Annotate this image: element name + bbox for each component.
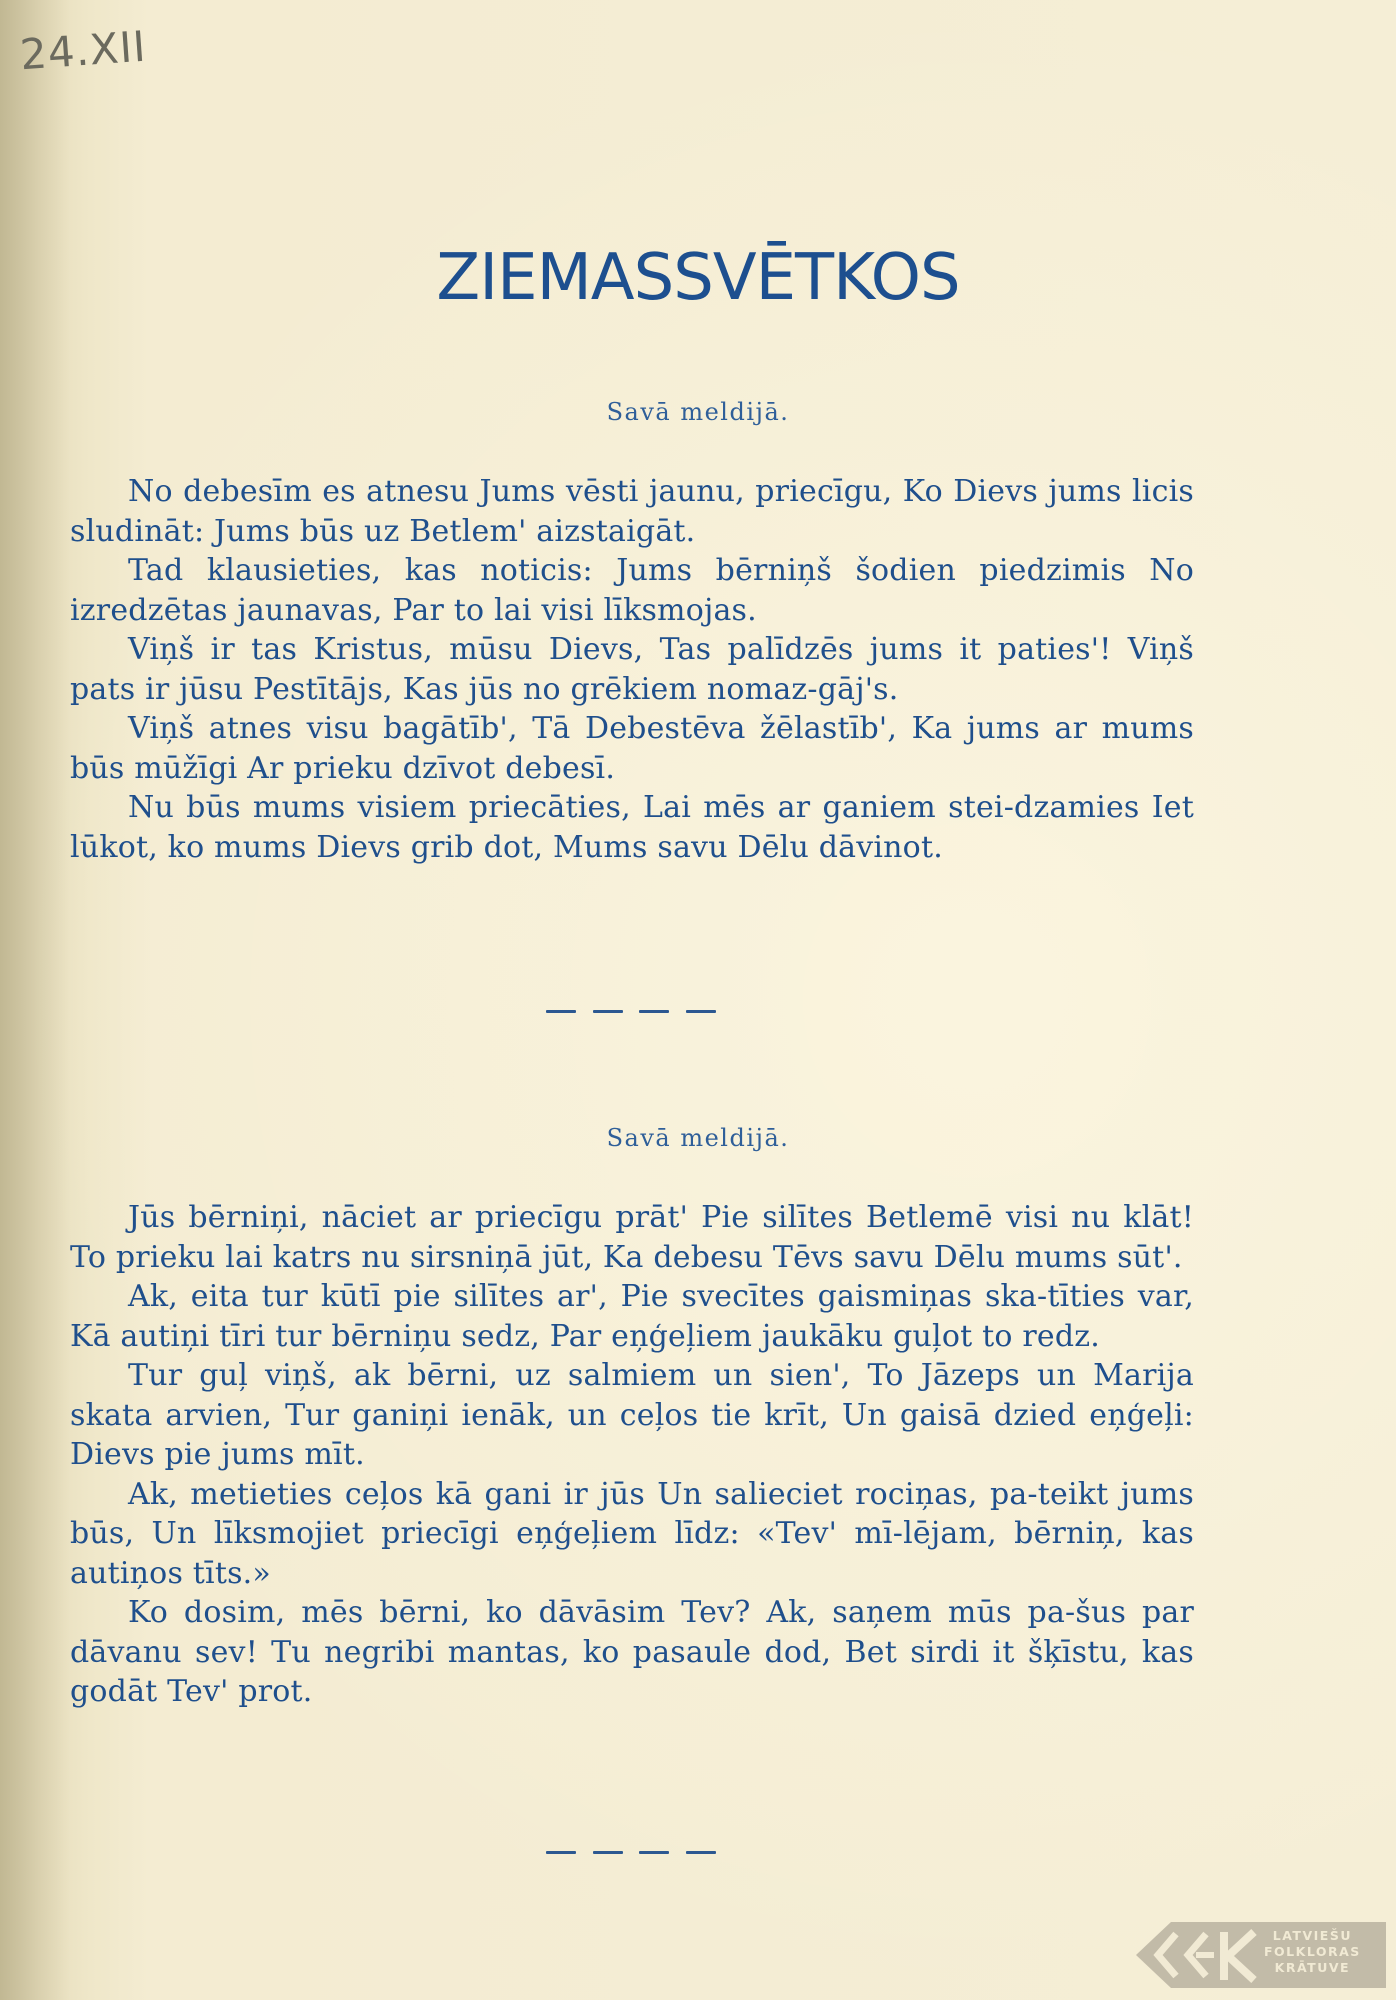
handwritten-date-note: 24.XII — [18, 22, 147, 80]
song-1-text: No debesīm es atnesu Jums vēsti jaunu, p… — [70, 472, 1194, 867]
section-separator — [546, 1010, 716, 1014]
page-title: ZIEMASSVĒTKOS — [0, 241, 1396, 315]
stanza: Tur guļ viņš, ak bērni, uz salmiem un si… — [70, 1356, 1194, 1475]
stanza: Viņš atnes visu bagātīb', Tā Debestēva ž… — [70, 709, 1194, 788]
dash — [593, 1010, 623, 1013]
dash — [639, 1851, 669, 1854]
stanza: Viņš ir tas Kristus, mūsu Dievs, Tas pal… — [70, 630, 1194, 709]
dash — [546, 1010, 576, 1013]
dash — [686, 1851, 716, 1854]
stanza: Ak, metieties ceļos kā gani ir jūs Un sa… — [70, 1475, 1194, 1594]
stanza: Nu būs mums visiem priecāties, Lai mēs a… — [70, 788, 1194, 867]
end-separator — [546, 1851, 716, 1855]
dash — [639, 1010, 669, 1013]
logo-text: LATVIEŠU FOLKLORAS KRĀTUVE — [1264, 1928, 1361, 1976]
stanza: Tad klausieties, kas noticis: Jums bērni… — [70, 551, 1194, 630]
stanza: No debesīm es atnesu Jums vēsti jaunu, p… — [70, 472, 1194, 551]
archive-watermark-logo: LATVIEŠU FOLKLORAS KRĀTUVE — [1136, 1920, 1386, 1990]
melody-note-2: Savā meldijā. — [0, 1124, 1396, 1152]
song-2-text: Jūs bērniņi, nāciet ar priecīgu prāt' Pi… — [70, 1198, 1194, 1712]
stanza: Jūs bērniņi, nāciet ar priecīgu prāt' Pi… — [70, 1198, 1194, 1277]
dash — [546, 1851, 576, 1854]
dash — [593, 1851, 623, 1854]
melody-note-1: Savā meldijā. — [0, 398, 1396, 426]
stanza: Ak, eita tur kūtī pie silītes ar', Pie s… — [70, 1277, 1194, 1356]
stanza: Ko dosim, mēs bērni, ko dāvāsim Tev? Ak,… — [70, 1593, 1194, 1712]
dash — [686, 1010, 716, 1013]
